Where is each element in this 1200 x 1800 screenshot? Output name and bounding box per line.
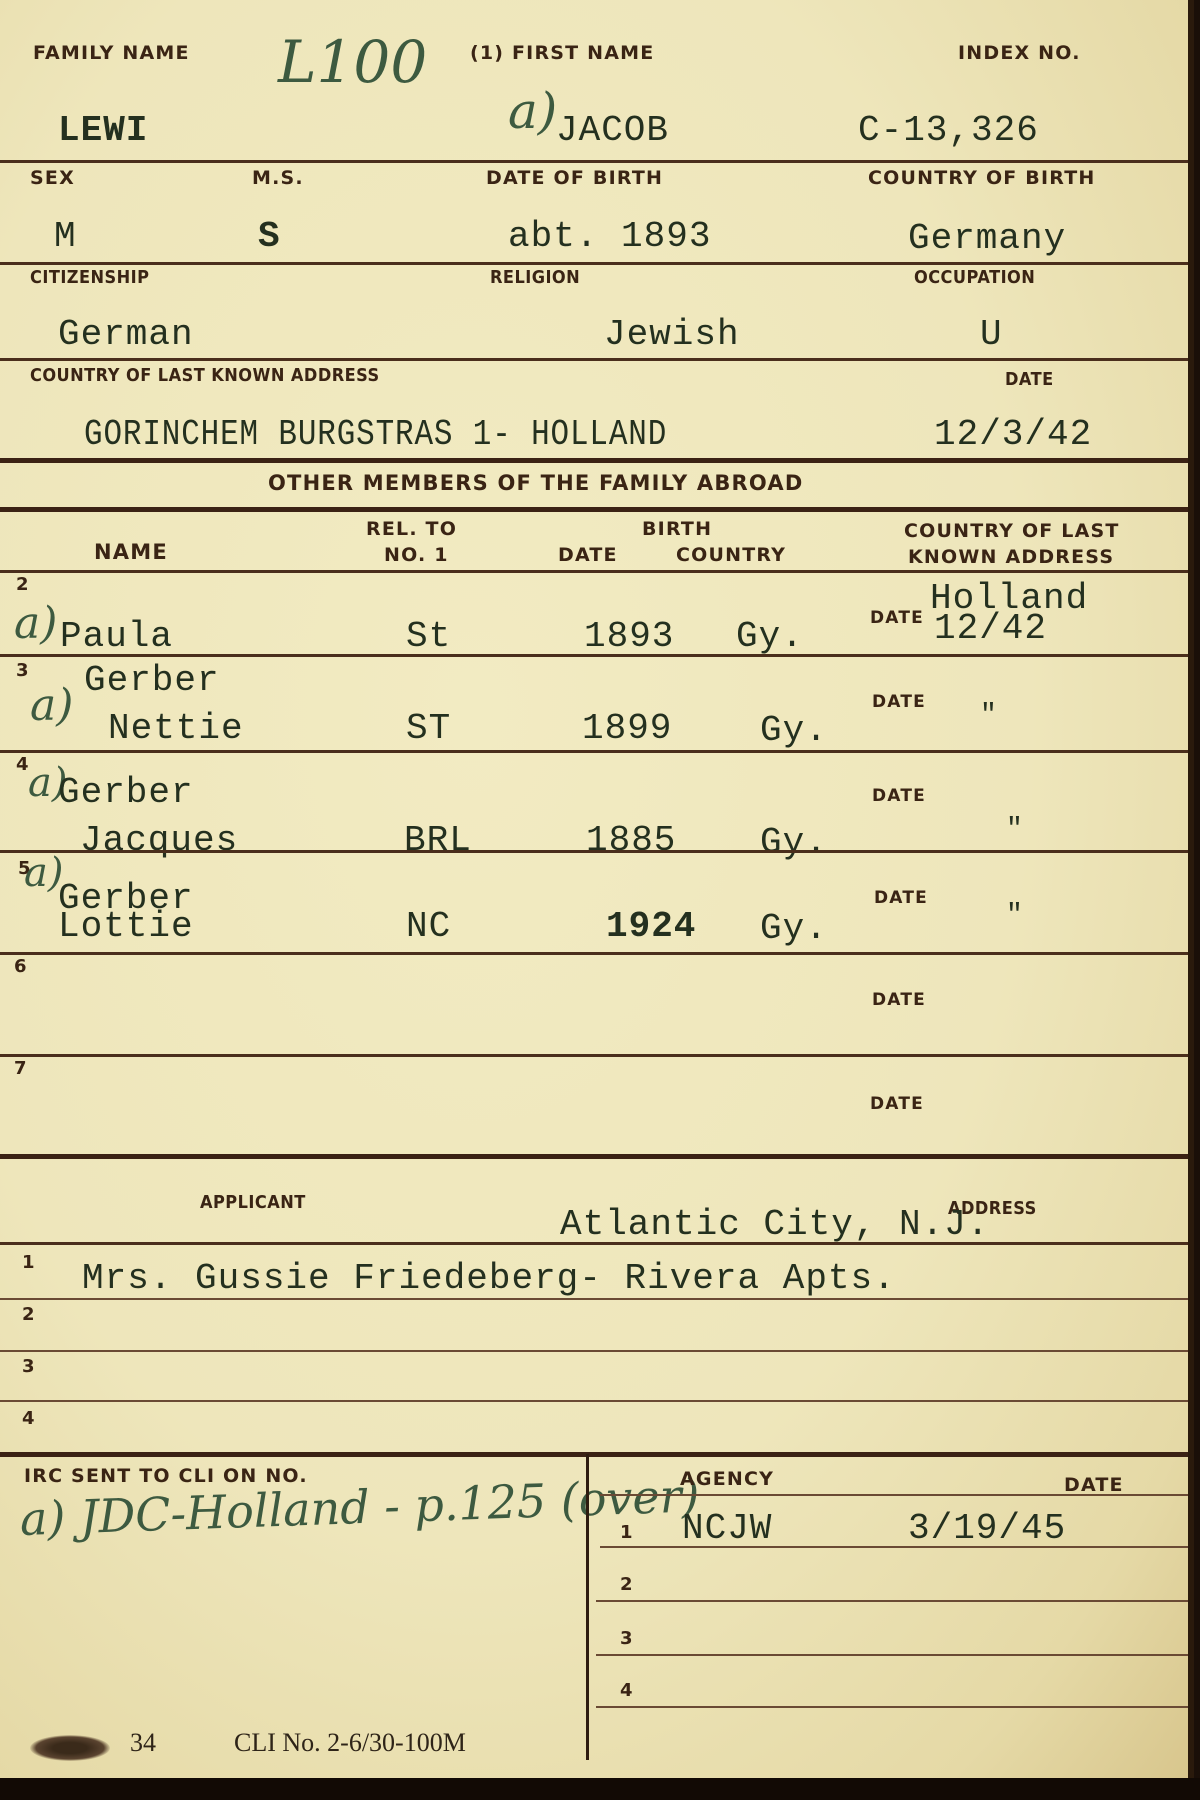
divider [0,1242,1188,1245]
date-label: DATE [872,786,926,806]
member-birth-country: Gy. [760,908,828,949]
divider [0,1298,1188,1300]
column-divider [586,1454,589,1760]
col-rel-header-1: REL. TO [366,518,457,540]
row-number: 2 [16,574,29,595]
member-address: " [980,700,998,731]
date-label: DATE [874,888,928,908]
occupation-label: OCCUPATION [914,267,1035,288]
divider [0,1400,1188,1402]
agency-row-number: 2 [620,1574,633,1595]
divider [596,1654,1188,1656]
divider [0,750,1188,753]
member-birth-country: Gy. [736,616,804,657]
applicant-label: APPLICANT [200,1192,306,1213]
member-birth-year: 1899 [582,708,672,749]
index-card: FAMILY NAME (1) FIRST NAME INDEX NO. L10… [0,0,1194,1778]
row-mark: a) [30,680,73,731]
form-number: CLI No. 2-6/30-100M [234,1728,466,1758]
row-number: 1 [22,1252,35,1273]
country-of-birth-value: Germany [908,218,1066,259]
member-name: Paula [60,616,173,657]
row-number: 1 [620,1522,633,1543]
agency-row-number: 4 [620,1680,633,1701]
ms-value: S [258,216,281,257]
member-birth-year: 1924 [606,906,696,947]
col-address-header-2: KNOWN ADDRESS [908,546,1114,568]
last-address-label: COUNTRY OF LAST KNOWN ADDRESS [30,365,380,386]
divider [0,1154,1188,1159]
date-label: DATE [870,1094,924,1114]
first-name-label: (1) FIRST NAME [470,42,654,64]
divider [596,1706,1188,1708]
scan-edge [0,1778,1200,1800]
member-address: " [1006,900,1024,931]
divider [0,458,1188,463]
dob-value: abt. 1893 [508,216,711,257]
divider [0,850,1188,853]
last-address-date-label: DATE [1005,369,1054,390]
sex-label: SEX [30,167,75,189]
row-number: 6 [14,956,27,977]
citizenship-value: German [58,314,194,355]
member-relation: BRL [404,820,472,861]
applicant-row-number: 3 [22,1356,35,1377]
divider [600,1546,1188,1548]
country-of-birth-label: COUNTRY OF BIRTH [868,167,1096,189]
member-relation: St [406,616,451,657]
citizenship-label: CITIZENSHIP [30,267,149,288]
col-date-header: DATE [558,544,618,566]
date-label: DATE [872,990,926,1010]
divider [0,952,1188,955]
divider [596,1600,1188,1602]
date-label: DATE [870,608,924,628]
divider [0,507,1188,512]
row-number: 3 [16,660,29,681]
agency-row-number: 3 [620,1628,633,1649]
agency-date-label: DATE [1064,1474,1124,1496]
index-no-label: INDEX NO. [958,42,1081,64]
last-address-date-value: 12/3/42 [934,414,1092,455]
handwritten-code: L100 [278,28,427,96]
divider [0,358,1188,361]
agency-label: AGENCY [680,1468,774,1490]
applicant-row-number: 2 [22,1304,35,1325]
divider [0,570,1188,573]
applicant-address-value: Atlantic City, N.J. [560,1204,989,1245]
date-label: DATE [872,692,926,712]
occupation-value: U [980,314,1003,355]
religion-value: Jewish [604,314,740,355]
agency-date-value: 3/19/45 [908,1508,1066,1549]
divider [0,262,1188,265]
member-relation: NC [406,906,451,947]
member-surname: Gerber [58,772,194,813]
family-name-value: LEWI [58,110,148,151]
family-name-label: FAMILY NAME [33,42,190,64]
member-name: Jacques [80,820,238,861]
member-date: 12/42 [934,608,1047,649]
divider [0,1452,1188,1457]
member-address: " [1006,814,1024,845]
religion-label: RELIGION [490,267,580,288]
union-label-icon [30,1735,110,1761]
divider [0,1054,1188,1057]
divider [600,1494,1188,1496]
col-name-header: NAME [94,540,168,564]
row-mark: a) [14,598,57,649]
member-birth-country: Gy. [760,710,828,751]
union-number: 34 [130,1728,156,1758]
first-name-mark: a) [508,82,557,140]
col-country-header: COUNTRY [676,544,786,566]
applicant-row-number: 4 [22,1408,35,1429]
member-name: Lottie [58,906,194,947]
col-address-header-1: COUNTRY OF LAST [904,520,1120,542]
member-surname: Gerber [84,660,220,701]
row-number: 4 [16,754,29,775]
col-rel-header-2: NO. 1 [384,544,449,566]
divider [0,1350,1188,1352]
member-birth-country: Gy. [760,822,828,863]
first-name-value: JACOB [556,110,669,151]
sex-value: M [54,216,77,257]
divider [0,654,1188,657]
agency-name-value: NCJW [682,1508,772,1549]
ms-label: M.S. [252,167,304,189]
last-address-value: GORINCHEM BURGSTRAS 1- HOLLAND [84,414,667,455]
member-relation: ST [406,708,451,749]
family-section-title: OTHER MEMBERS OF THE FAMILY ABROAD [268,471,803,495]
index-no-value: C-13,326 [858,110,1039,151]
member-name: Nettie [108,708,244,749]
applicant-name-value: Mrs. Gussie Friedeberg- Rivera Apts. [82,1258,896,1299]
member-birth-year: 1893 [584,616,674,657]
member-birth-year: 1885 [586,820,676,861]
divider [0,160,1188,163]
dob-label: DATE OF BIRTH [486,167,663,189]
row-number: 7 [14,1058,27,1079]
col-birth-header: BIRTH [642,518,712,540]
